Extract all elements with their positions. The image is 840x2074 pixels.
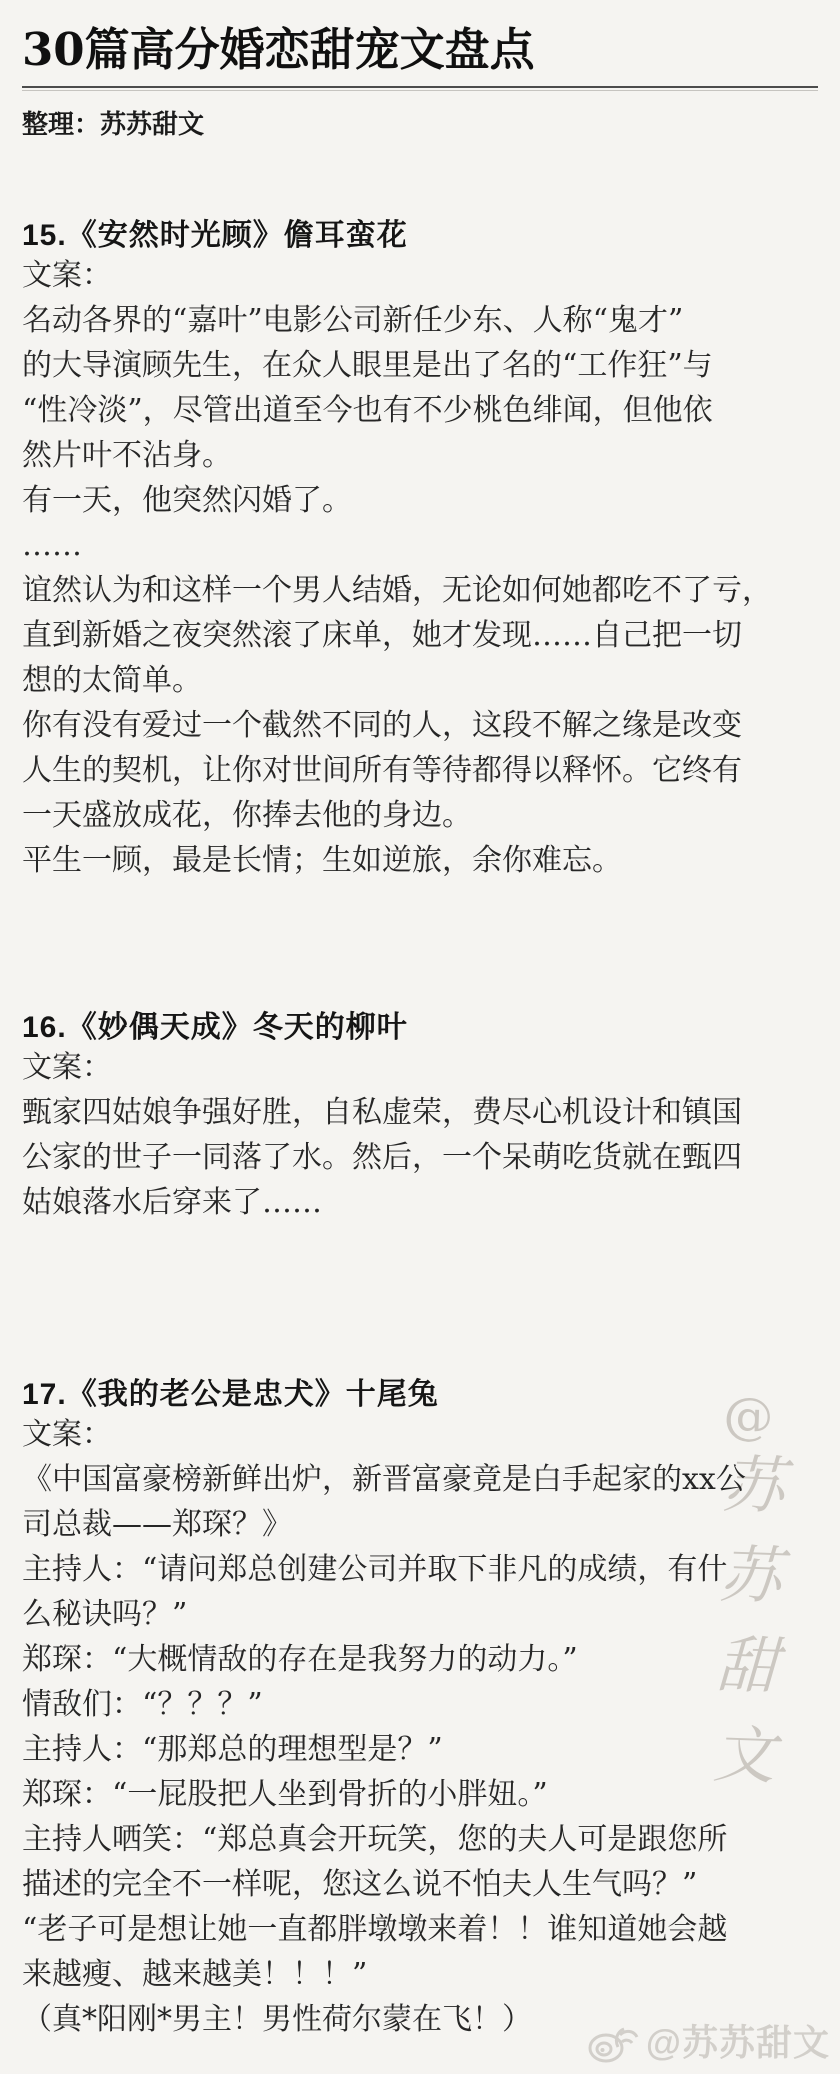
body-text-line: 么秘诀吗？” <box>22 1592 818 1637</box>
section-heading: 17.《我的老公是忠犬》十尾兔 <box>22 1378 818 1412</box>
section-label: 文案： <box>22 1045 818 1090</box>
body-text-line: 人生的契机，让你对世间所有等待都得以释怀。它终有 <box>22 748 818 793</box>
body-text-line: 你有没有爱过一个截然不同的人，这段不解之缘是改变 <box>22 703 818 748</box>
page-root: { "page": { "title": "30篇高分婚恋甜宠文盘点", "by… <box>0 0 840 2074</box>
section-heading: 15.《安然时光顾》儋耳蛮花 <box>22 219 818 253</box>
body-text-line: 司总裁——郑琛？》 <box>22 1502 818 1547</box>
body-text-line: 然片叶不沾身。 <box>22 433 818 478</box>
byline: 整理：苏苏甜文 <box>22 104 818 141</box>
body-text-line: 描述的完全不一样呢，您这么说不怕夫人生气吗？” <box>22 1862 818 1907</box>
body-text-line: 甄家四姑娘争强好胜，自私虚荣，费尽心机设计和镇国 <box>22 1090 818 1135</box>
body-text-line: 的大导演顾先生，在众人眼里是出了名的“工作狂”与 <box>22 343 818 388</box>
body-text-line: 公家的世子一同落了水。然后，一个呆萌吃货就在甄四 <box>22 1135 818 1180</box>
body-text-line: 主持人：“那郑总的理想型是？” <box>22 1727 818 1772</box>
body-text-line: 有一天，他突然闪婚了。 <box>22 478 818 523</box>
body-text-line: 郑琛：“一屁股把人坐到骨折的小胖妞。” <box>22 1772 818 1817</box>
section-15: 15.《安然时光顾》儋耳蛮花 文案： 名动各界的“嘉叶”电影公司新任少东、人称“… <box>22 219 818 883</box>
body-text-line: 情敌们：“？？？” <box>22 1682 818 1727</box>
body-text-line: 《中国富豪榜新鲜出炉，新晋富豪竟是白手起家的xx公 <box>22 1457 818 1502</box>
body-text-line: 想的太简单。 <box>22 658 818 703</box>
page-title: 30篇高分婚恋甜宠文盘点 <box>22 0 818 78</box>
body-text-line: （真*阳刚*男主！男性荷尔蒙在飞！） <box>22 1997 818 2042</box>
body-text-line: 名动各界的“嘉叶”电影公司新任少东、人称“鬼才” <box>22 298 818 343</box>
body-text-line: “性冷淡”，尽管出道至今也有不少桃色绯闻，但他依 <box>22 388 818 433</box>
section-16: 16.《妙偶天成》冬天的柳叶 文案： 甄家四姑娘争强好胜，自私虚荣，费尽心机设计… <box>22 1011 818 1225</box>
body-text-line: 主持人哂笑：“郑总真会开玩笑，您的夫人可是跟您所 <box>22 1817 818 1862</box>
body-text-line: 直到新婚之夜突然滚了床单，她才发现……自己把一切 <box>22 613 818 658</box>
section-17: 17.《我的老公是忠犬》十尾兔 文案： 《中国富豪榜新鲜出炉，新晋富豪竟是白手起… <box>22 1378 818 2042</box>
section-body: 名动各界的“嘉叶”电影公司新任少东、人称“鬼才”的大导演顾先生，在众人眼里是出了… <box>22 298 818 883</box>
section-label: 文案： <box>22 253 818 298</box>
body-text-line: 来越瘦、越来越美！！！” <box>22 1952 818 1997</box>
body-text-line: 郑琛：“大概情敌的存在是我努力的动力。” <box>22 1637 818 1682</box>
section-heading: 16.《妙偶天成》冬天的柳叶 <box>22 1011 818 1045</box>
body-text-line: 平生一顾，最是长情；生如逆旅，余你难忘。 <box>22 838 818 883</box>
body-text-line: …… <box>22 523 818 568</box>
body-text-line: 谊然认为和这样一个男人结婚，无论如何她都吃不了亏， <box>22 568 818 613</box>
body-text-line: 主持人：“请问郑总创建公司并取下非凡的成绩，有什 <box>22 1547 818 1592</box>
body-text-line: 姑娘落水后穿来了…… <box>22 1180 818 1225</box>
body-text-line: 一天盛放成花，你捧去他的身边。 <box>22 793 818 838</box>
section-body: 甄家四姑娘争强好胜，自私虚荣，费尽心机设计和镇国公家的世子一同落了水。然后，一个… <box>22 1090 818 1225</box>
title-divider <box>22 86 818 91</box>
section-body: 《中国富豪榜新鲜出炉，新晋富豪竟是白手起家的xx公司总裁——郑琛？》主持人：“请… <box>22 1457 818 2042</box>
article: 30篇高分婚恋甜宠文盘点 整理：苏苏甜文 15.《安然时光顾》儋耳蛮花 文案： … <box>0 0 840 2042</box>
section-label: 文案： <box>22 1412 818 1457</box>
body-text-line: “老子可是想让她一直都胖墩墩来着！！谁知道她会越 <box>22 1907 818 1952</box>
